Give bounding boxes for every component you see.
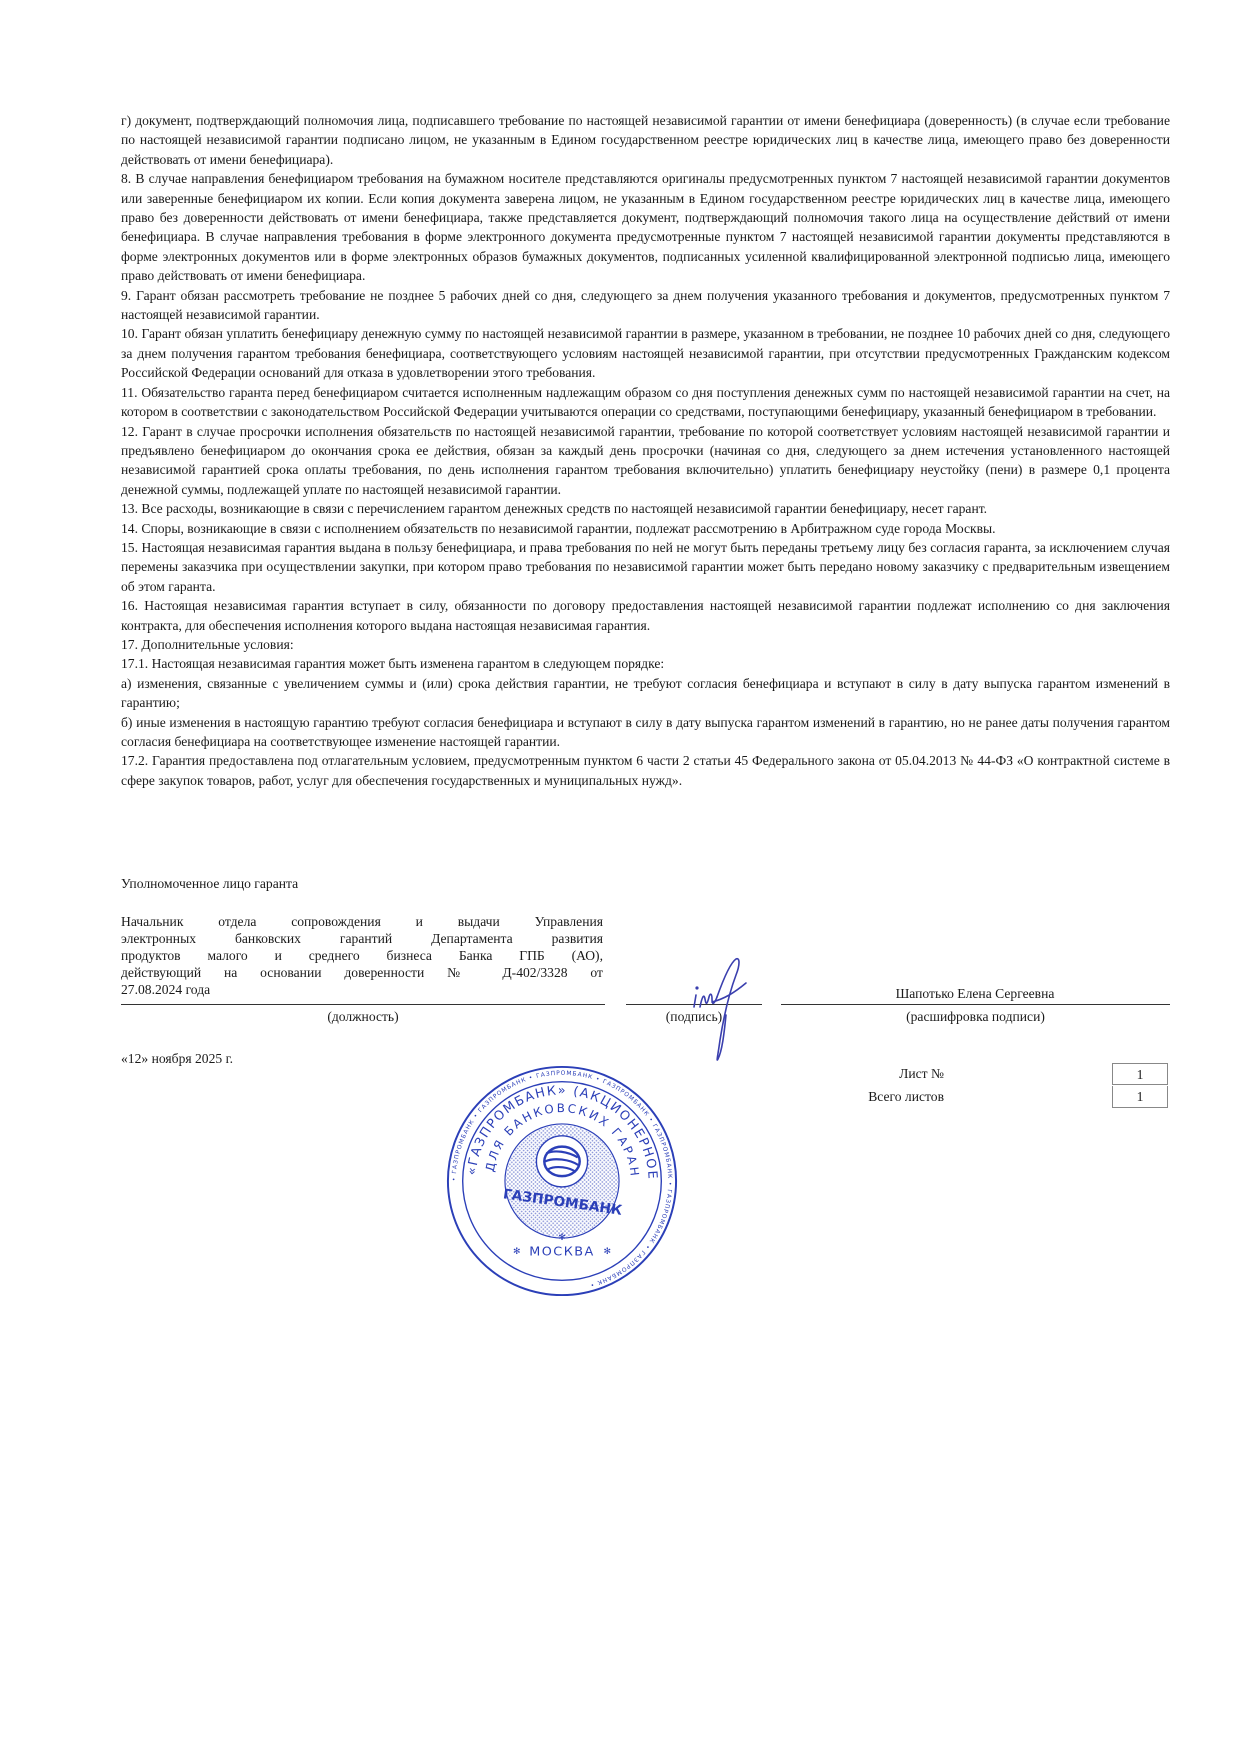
- position-caption: (должность): [121, 1009, 605, 1025]
- guarantee-body-text: г) документ, подтверждающий полномочия л…: [121, 111, 1170, 790]
- issue-date: «12» ноября 2025 г.: [121, 1051, 233, 1067]
- paragraph-17-1-b: б) иные изменения в настоящую гарантию т…: [121, 713, 1170, 752]
- document-page: г) документ, подтверждающий полномочия л…: [0, 0, 1241, 1756]
- position-line: продуктов малого и среднего бизнеса Банк…: [121, 947, 603, 964]
- total-sheets-value: 1: [1112, 1086, 1168, 1108]
- paragraph-10: 10. Гарант обязан уплатить бенефициару д…: [121, 324, 1170, 382]
- paragraph-12: 12. Гарант в случае просрочки исполнения…: [121, 422, 1170, 500]
- svg-text:✻: ✻: [604, 1246, 611, 1256]
- name-underline: [781, 1004, 1170, 1005]
- sheet-number-value: 1: [1112, 1063, 1168, 1085]
- svg-text:✻: ✻: [513, 1246, 520, 1256]
- total-sheets-label: Всего листов: [868, 1089, 944, 1105]
- paragraph-13: 13. Все расходы, возникающие в связи с п…: [121, 499, 1170, 518]
- paragraph-17-2: 17.2. Гарантия предоставлена под отлагат…: [121, 751, 1170, 790]
- globe-logo-icon: [536, 1136, 587, 1187]
- paragraph-9: 9. Гарант обязан рассмотреть требование …: [121, 286, 1170, 325]
- signer-position: Начальник отдела сопровождения и выдачи …: [121, 913, 603, 998]
- paragraph-17-1-a: а) изменения, связанные с увеличением су…: [121, 674, 1170, 713]
- paragraph-8: 8. В случае направления бенефициаром тре…: [121, 169, 1170, 285]
- stamp-city-text: МОСКВА: [529, 1245, 594, 1260]
- paragraph-15: 15. Настоящая независимая гарантия выдан…: [121, 538, 1170, 596]
- signer-name: Шапотько Елена Сергеевна: [780, 986, 1170, 1002]
- handwritten-signature-icon: [690, 955, 750, 1065]
- svg-text:✻: ✻: [558, 1232, 565, 1242]
- paragraph-17: 17. Дополнительные условия:: [121, 635, 1170, 654]
- position-line: действующий на основании доверенности № …: [121, 964, 603, 981]
- paragraph-14: 14. Споры, возникающие в связи с исполне…: [121, 519, 1170, 538]
- sheet-number-label: Лист №: [899, 1066, 944, 1082]
- authorized-person-label: Уполномоченное лицо гаранта: [121, 876, 298, 892]
- signer-name-caption: (расшифровка подписи): [781, 1009, 1170, 1025]
- paragraph-16: 16. Настоящая независимая гарантия вступ…: [121, 596, 1170, 635]
- position-line: Начальник отдела сопровождения и выдачи …: [121, 913, 603, 930]
- position-line: 27.08.2024 года: [121, 981, 603, 998]
- position-line: электронных банковских гарантий Департам…: [121, 930, 603, 947]
- paragraph-g-clause: г) документ, подтверждающий полномочия л…: [121, 111, 1170, 169]
- bank-seal-stamp-icon: • ГАЗПРОМБАНК • ГАЗПРОМБАНК • ГАЗПРОМБАН…: [444, 1063, 680, 1299]
- position-underline: [121, 1004, 605, 1005]
- paragraph-17-1: 17.1. Настоящая независимая гарантия мож…: [121, 654, 1170, 673]
- paragraph-11: 11. Обязательство гаранта перед бенефици…: [121, 383, 1170, 422]
